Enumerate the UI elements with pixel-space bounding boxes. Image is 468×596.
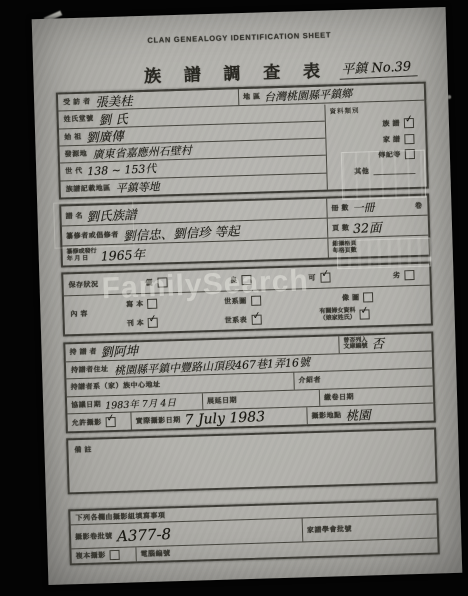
checkbox-icon: ✓ — [359, 309, 369, 319]
handwritten-page-number: 平鎮 No.39 — [339, 55, 418, 79]
content-women-data: 有關婦女資料 （娘家姓氏） ✓ — [319, 307, 369, 321]
section-holder-filming: 持 譜 者 劉阿坤 曾否列入 文庫編號 否 持譜者住址 桃園縣平鎮中豐路山頂段4… — [63, 331, 436, 433]
content-pedigree-table-label: 世系表 — [225, 315, 248, 326]
category-family: 家 譜 — [326, 133, 425, 146]
checkmark-icon: ✓ — [251, 310, 261, 322]
checkbox-icon — [404, 133, 414, 143]
filming-date-value: 7 July 1983 — [184, 409, 265, 428]
content-pedigree-table: 世系表 ✓ — [225, 315, 262, 326]
ancestor-label: 始 祖 — [64, 132, 82, 143]
content-pedigree-chart: 世系圖 — [224, 296, 261, 307]
content-manuscript-label: 寫 本 — [126, 299, 144, 310]
library-label: 曾否列入 文庫編號 — [343, 337, 367, 351]
checkmark-icon: ✓ — [360, 304, 370, 316]
condition-good: 良 — [230, 274, 252, 285]
year-value: 1965年 — [100, 244, 145, 264]
filming-location-value: 桃園 — [345, 405, 371, 424]
condition-good-label: 良 — [230, 275, 238, 285]
origin-value: 廣東省嘉應州石壁村 — [92, 142, 192, 162]
cell-return-date: 繳卷日期 — [320, 386, 433, 406]
category-family-label: 家 譜 — [383, 134, 401, 145]
checkbox-icon: ✓ — [106, 417, 116, 427]
content-manuscript: 寫 本 — [126, 299, 158, 310]
permission-label: 允許攝影 — [72, 417, 102, 428]
checkbox-icon: ✓ — [148, 318, 158, 328]
remarks-label: 備 註 — [74, 445, 92, 456]
checkbox-icon — [241, 274, 251, 284]
family-center-label: 持譜者系（家）族中心地址 — [70, 380, 160, 393]
cell-library: 曾否列入 文庫編號 否 — [338, 334, 431, 353]
coverage-value: 平鎮等地 — [115, 178, 160, 196]
category-biography: 傳記等 — [327, 149, 426, 162]
cell-pages: 頁 數 32面 — [327, 216, 429, 238]
checkmark-icon: ✓ — [404, 113, 414, 125]
english-sheet-title: CLAN GENEALOGY IDENTIFICATION SHEET — [32, 27, 446, 48]
checkmark-icon: ✓ — [320, 268, 330, 280]
title-label: 譜 名 — [65, 210, 83, 221]
holder-address-label: 持譜者住址 — [71, 364, 109, 375]
checkbox-icon: ✓ — [251, 315, 261, 325]
checkbox-icon — [250, 296, 260, 306]
content-pedigree-chart-label: 世系圖 — [224, 296, 247, 307]
section-remarks: 備 註 — [66, 427, 437, 494]
content-portraits-label: 像 圖 — [342, 293, 360, 304]
title-value: 劉氏族譜 — [87, 204, 138, 224]
checkbox-icon — [405, 149, 415, 159]
compiler-value: 劉信忠、劉信珍 等起 — [122, 221, 239, 244]
holder-value: 劉阿坤 — [101, 341, 139, 361]
category-other-label: 其他 — [354, 166, 369, 176]
cell-filming-location: 攝影地點 桃園 — [307, 404, 433, 424]
cell-duplicate: 複本攝影 — [71, 547, 136, 563]
condition-excellent-label: 優 — [145, 277, 153, 287]
duplicate-label: 複本攝影 — [75, 550, 105, 561]
cell-society-number: 家譜學會批號 — [302, 514, 438, 541]
content-printed: 刊 本 ✓ — [127, 318, 159, 329]
coverage-label: 族譜記載地區 — [66, 183, 111, 194]
content-printed-label: 刊 本 — [127, 318, 145, 329]
respondent-value: 張美桂 — [95, 91, 133, 111]
section-office-use: 下列各欄由攝影組填寫事項 攝影卷批號 A377-8 家譜學會批號 複本攝影 電腦… — [68, 498, 439, 565]
library-value: 否 — [371, 334, 384, 353]
generations-label: 世 代 — [65, 166, 83, 177]
checkmark-icon: ✓ — [148, 313, 158, 325]
blank-line — [373, 165, 415, 174]
surname-value: 劉 氏 — [98, 109, 128, 128]
computer-number-label: 電腦編號 — [140, 548, 170, 559]
condition-excellent: 優 — [145, 277, 167, 288]
section-basic-info: 受 訪 者 張美桂 地 區 台灣桃園縣平鎮鄉 姓氏堂號 劉 氏 始 祖 劉廣傳 … — [56, 82, 429, 200]
condition-poor-label: 劣 — [393, 270, 401, 280]
category-clan-label: 族 譜 — [382, 118, 400, 129]
office-header-label: 下列各欄由攝影組填寫事項 — [75, 510, 165, 523]
condition-poor: 劣 — [393, 270, 415, 281]
checkbox-icon: ✓ — [320, 272, 330, 282]
scanned-form-page: CLAN GENEALOGY IDENTIFICATION SHEET 族 譜 … — [32, 7, 463, 585]
checkbox-icon — [157, 277, 167, 287]
cell-frames: 縮攝格頁 每格頁數 — [327, 236, 429, 258]
checkbox-icon: ✓ — [404, 118, 414, 128]
pages-value: 32面 — [353, 217, 382, 236]
section-volume-info: 譜 名 劉氏族譜 冊 數 一冊 卷 纂修者或倡修者 劉信忠、劉信珍 等起 頁 數… — [59, 194, 431, 268]
ancestor-value: 劉廣傳 — [86, 126, 124, 146]
extension-date-label: 展延日期 — [207, 395, 237, 406]
cell-extension-date: 展延日期 — [203, 390, 320, 410]
return-date-label: 繳卷日期 — [324, 392, 354, 403]
checkmark-icon: ✓ — [106, 412, 116, 424]
cell-permission: 允許攝影 ✓ — [67, 413, 131, 431]
checkbox-icon — [109, 550, 119, 560]
area-label: 地 區 — [243, 92, 261, 103]
volumes-suffix-label: 卷 — [415, 200, 428, 210]
pages-label: 頁 數 — [332, 222, 350, 233]
category-other: 其他 — [327, 164, 426, 177]
area-value: 台灣桃園縣平鎮鄉 — [264, 85, 353, 105]
batch-value: A377-8 — [116, 525, 171, 545]
generations-value: 138 ~ 153代 — [87, 161, 157, 180]
condition-fair: 可 ✓ — [308, 272, 330, 283]
filming-location-label: 攝影地點 — [311, 410, 341, 421]
volumes-value: 一冊 — [353, 199, 376, 216]
content-women-data-label: 有關婦女資料 （娘家姓氏） — [319, 308, 355, 322]
section-condition-contents: 保存狀況 優 良 可 ✓ 劣 內 容 寫 本 — [61, 262, 433, 337]
category-clan: 族 譜 ✓ — [326, 118, 425, 131]
introducer-label: 介紹者 — [298, 375, 321, 386]
agreement-date-value: 1983年 7月 4日 — [105, 395, 176, 412]
checkbox-icon — [404, 270, 414, 280]
respondent-label: 受 訪 者 — [63, 97, 91, 108]
compiler-label: 纂修者或倡修者 — [66, 229, 119, 241]
year-label: 纂修或發行 年 月 日 — [67, 248, 97, 262]
volumes-label: 冊 數 — [331, 202, 349, 213]
checkbox-icon — [147, 299, 157, 309]
holder-label: 持 譜 者 — [69, 347, 97, 358]
condition-label: 保存狀況 — [68, 279, 98, 290]
category-column: 資料類別 族 譜 ✓ 家 譜 傳記等 其他 — [324, 101, 426, 189]
surname-label: 姓氏堂號 — [64, 114, 94, 125]
frames-label: 縮攝格頁 每格頁數 — [332, 241, 356, 255]
batch-label: 攝影卷批號 — [75, 531, 113, 542]
filming-date-label: 實際攝影日期 — [136, 415, 181, 426]
checkbox-icon — [363, 292, 373, 302]
content-portraits: 像 圖 — [342, 292, 374, 303]
condition-fair-label: 可 — [308, 272, 316, 282]
agreement-date-label: 協議日期 — [71, 399, 101, 410]
cell-volumes: 冊 數 一冊 卷 — [326, 196, 428, 218]
category-biography-label: 傳記等 — [378, 149, 401, 160]
origin-label: 發源地 — [65, 149, 88, 160]
contents-label: 內 容 — [70, 309, 88, 320]
society-number-label: 家譜學會批號 — [307, 523, 352, 534]
